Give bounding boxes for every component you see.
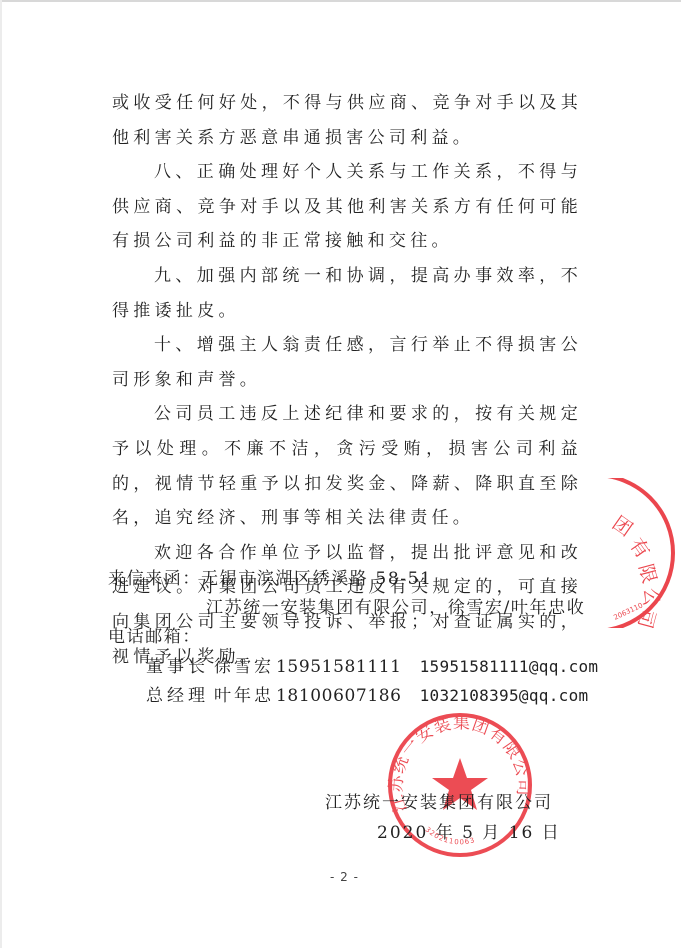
svg-text:团: 团: [608, 512, 636, 541]
company-seal-edge-icon: 团 有 限 公 司 2063110·: [585, 478, 681, 628]
page-top-edge: [0, 0, 681, 2]
paragraph-item-8: 八、正确处理好个人关系与工作关系，不得与供应商、竞争对手以及其他利害关系方有任何…: [112, 155, 582, 259]
signature-block: 江苏统一安装集团有限公司 2020 年 5 月 16 日: [325, 788, 561, 848]
phone-email-label: 电话邮箱：: [108, 623, 588, 652]
address-label: 来信来函：: [108, 565, 201, 594]
page-number: - 2 -: [330, 870, 359, 884]
svg-text:限: 限: [634, 562, 660, 586]
paragraph-continuation: 或收受任何好处，不得与供应商、竞争对手以及其他利害关系方恶意串通损害公司利益。: [112, 86, 582, 155]
signature-company: 江苏统一安装集团有限公司: [325, 788, 561, 818]
contact-general-manager: 总经理叶年忠181006071861032108395@qq.com: [108, 681, 588, 710]
svg-text:司: 司: [633, 607, 659, 628]
address-line: 来信来函：无锡市滨湖区绣溪路 58-51: [108, 565, 588, 594]
paragraph-item-9: 九、加强内部统一和协调，提高办事效率，不得推诿扯皮。: [112, 259, 582, 328]
person-name: 叶年忠: [214, 682, 274, 711]
contact-chairman: 董事长徐雪宏1595158111115951581111@qq.com: [108, 652, 588, 681]
person-name: 徐雪宏: [214, 653, 274, 682]
svg-text:有: 有: [625, 534, 654, 562]
phone-number: 18100607186: [276, 682, 402, 711]
svg-text:2063110·: 2063110·: [612, 600, 646, 621]
contact-section: 来信来函：无锡市滨湖区绣溪路 58-51 江苏统一安装集团有限公司，徐雪宏/叶年…: [108, 565, 588, 710]
role-label: 总经理: [146, 682, 208, 711]
svg-text:公: 公: [640, 588, 662, 607]
signature-date: 2020 年 5 月 16 日: [325, 818, 561, 848]
page-left-edge: [0, 0, 2, 948]
paragraph-item-10: 十、增强主人翁责任感，言行举止不得损害公司形象和声誉。: [112, 328, 582, 397]
email-address: 15951581111@qq.com: [420, 652, 599, 681]
email-address: 1032108395@qq.com: [420, 681, 589, 710]
recipient-line: 江苏统一安装集团有限公司，徐雪宏/叶年忠收: [108, 594, 588, 623]
role-label: 董事长: [146, 653, 208, 682]
phone-number: 15951581111: [276, 653, 402, 682]
address-value: 无锡市滨湖区绣溪路 58-51: [201, 569, 432, 589]
paragraph-penalties: 公司员工违反上述纪律和要求的，按有关规定予以处理。不廉不洁，贪污受贿，损害公司利…: [112, 397, 582, 535]
